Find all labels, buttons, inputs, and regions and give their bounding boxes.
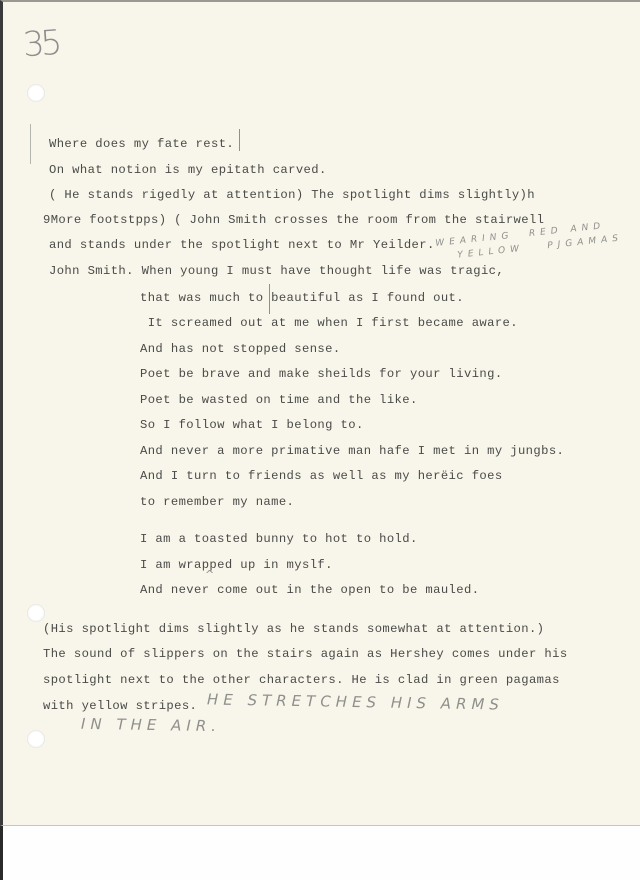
stage-direction: The sound of slippers on the stairs agai… [43, 647, 568, 661]
typewritten-page: 35 Where does my fate rest. On what noti… [0, 0, 640, 826]
punch-hole [27, 604, 45, 622]
poem-line: to remember my name. [140, 495, 294, 509]
stage-direction: ( He stands rigedly at attention) The sp… [49, 188, 535, 202]
poem-line: And I turn to friends as well as my herë… [140, 469, 503, 483]
scan-background [0, 826, 640, 880]
stage-direction: and stands under the spotlight next to M… [49, 238, 435, 252]
poem-line: So I follow what I belong to. [140, 418, 364, 432]
pencil-tick-mark [269, 284, 270, 314]
stage-direction: with yellow stripes. [43, 699, 197, 713]
poem-line: And never come out in the open to be mau… [140, 583, 479, 597]
stage-direction: (His spotlight dims slightly as he stand… [43, 622, 544, 636]
pencil-margin-mark [30, 124, 31, 164]
handwritten-insertion-mark: ^ [205, 568, 214, 581]
poem-line: It screamed out at me when I first becam… [140, 316, 518, 330]
punch-hole [27, 84, 45, 102]
script-line: On what notion is my epitath carved. [49, 163, 327, 177]
pencil-tick-mark [239, 129, 240, 151]
script-line: Where does my fate rest. [49, 137, 234, 151]
poem-line: Poet be wasted on time and the like. [140, 393, 418, 407]
poem-line: And has not stopped sense. [140, 342, 341, 356]
stage-direction: 9More footstpps) ( John Smith crosses th… [43, 213, 544, 227]
poem-line: that was much to beautiful as I found ou… [140, 291, 464, 305]
poem-line: And never a more primative man hafe I me… [140, 444, 564, 458]
poem-line: Poet be brave and make sheilds for your … [140, 367, 503, 381]
handwritten-annotation-in-the-air: IN THE AIR. [81, 715, 221, 735]
poem-line: I am wrapped up in myslf. [140, 558, 333, 572]
stage-direction: spotlight next to the other characters. … [43, 673, 560, 687]
handwritten-page-number: 35 [22, 23, 60, 65]
handwritten-annotation-stretches: HE STRETCHES HIS ARMS [207, 690, 504, 713]
character-line: John Smith. When young I must have thoug… [49, 264, 504, 278]
punch-hole [27, 730, 45, 748]
poem-line: I am a toasted bunny to hot to hold. [140, 532, 418, 546]
